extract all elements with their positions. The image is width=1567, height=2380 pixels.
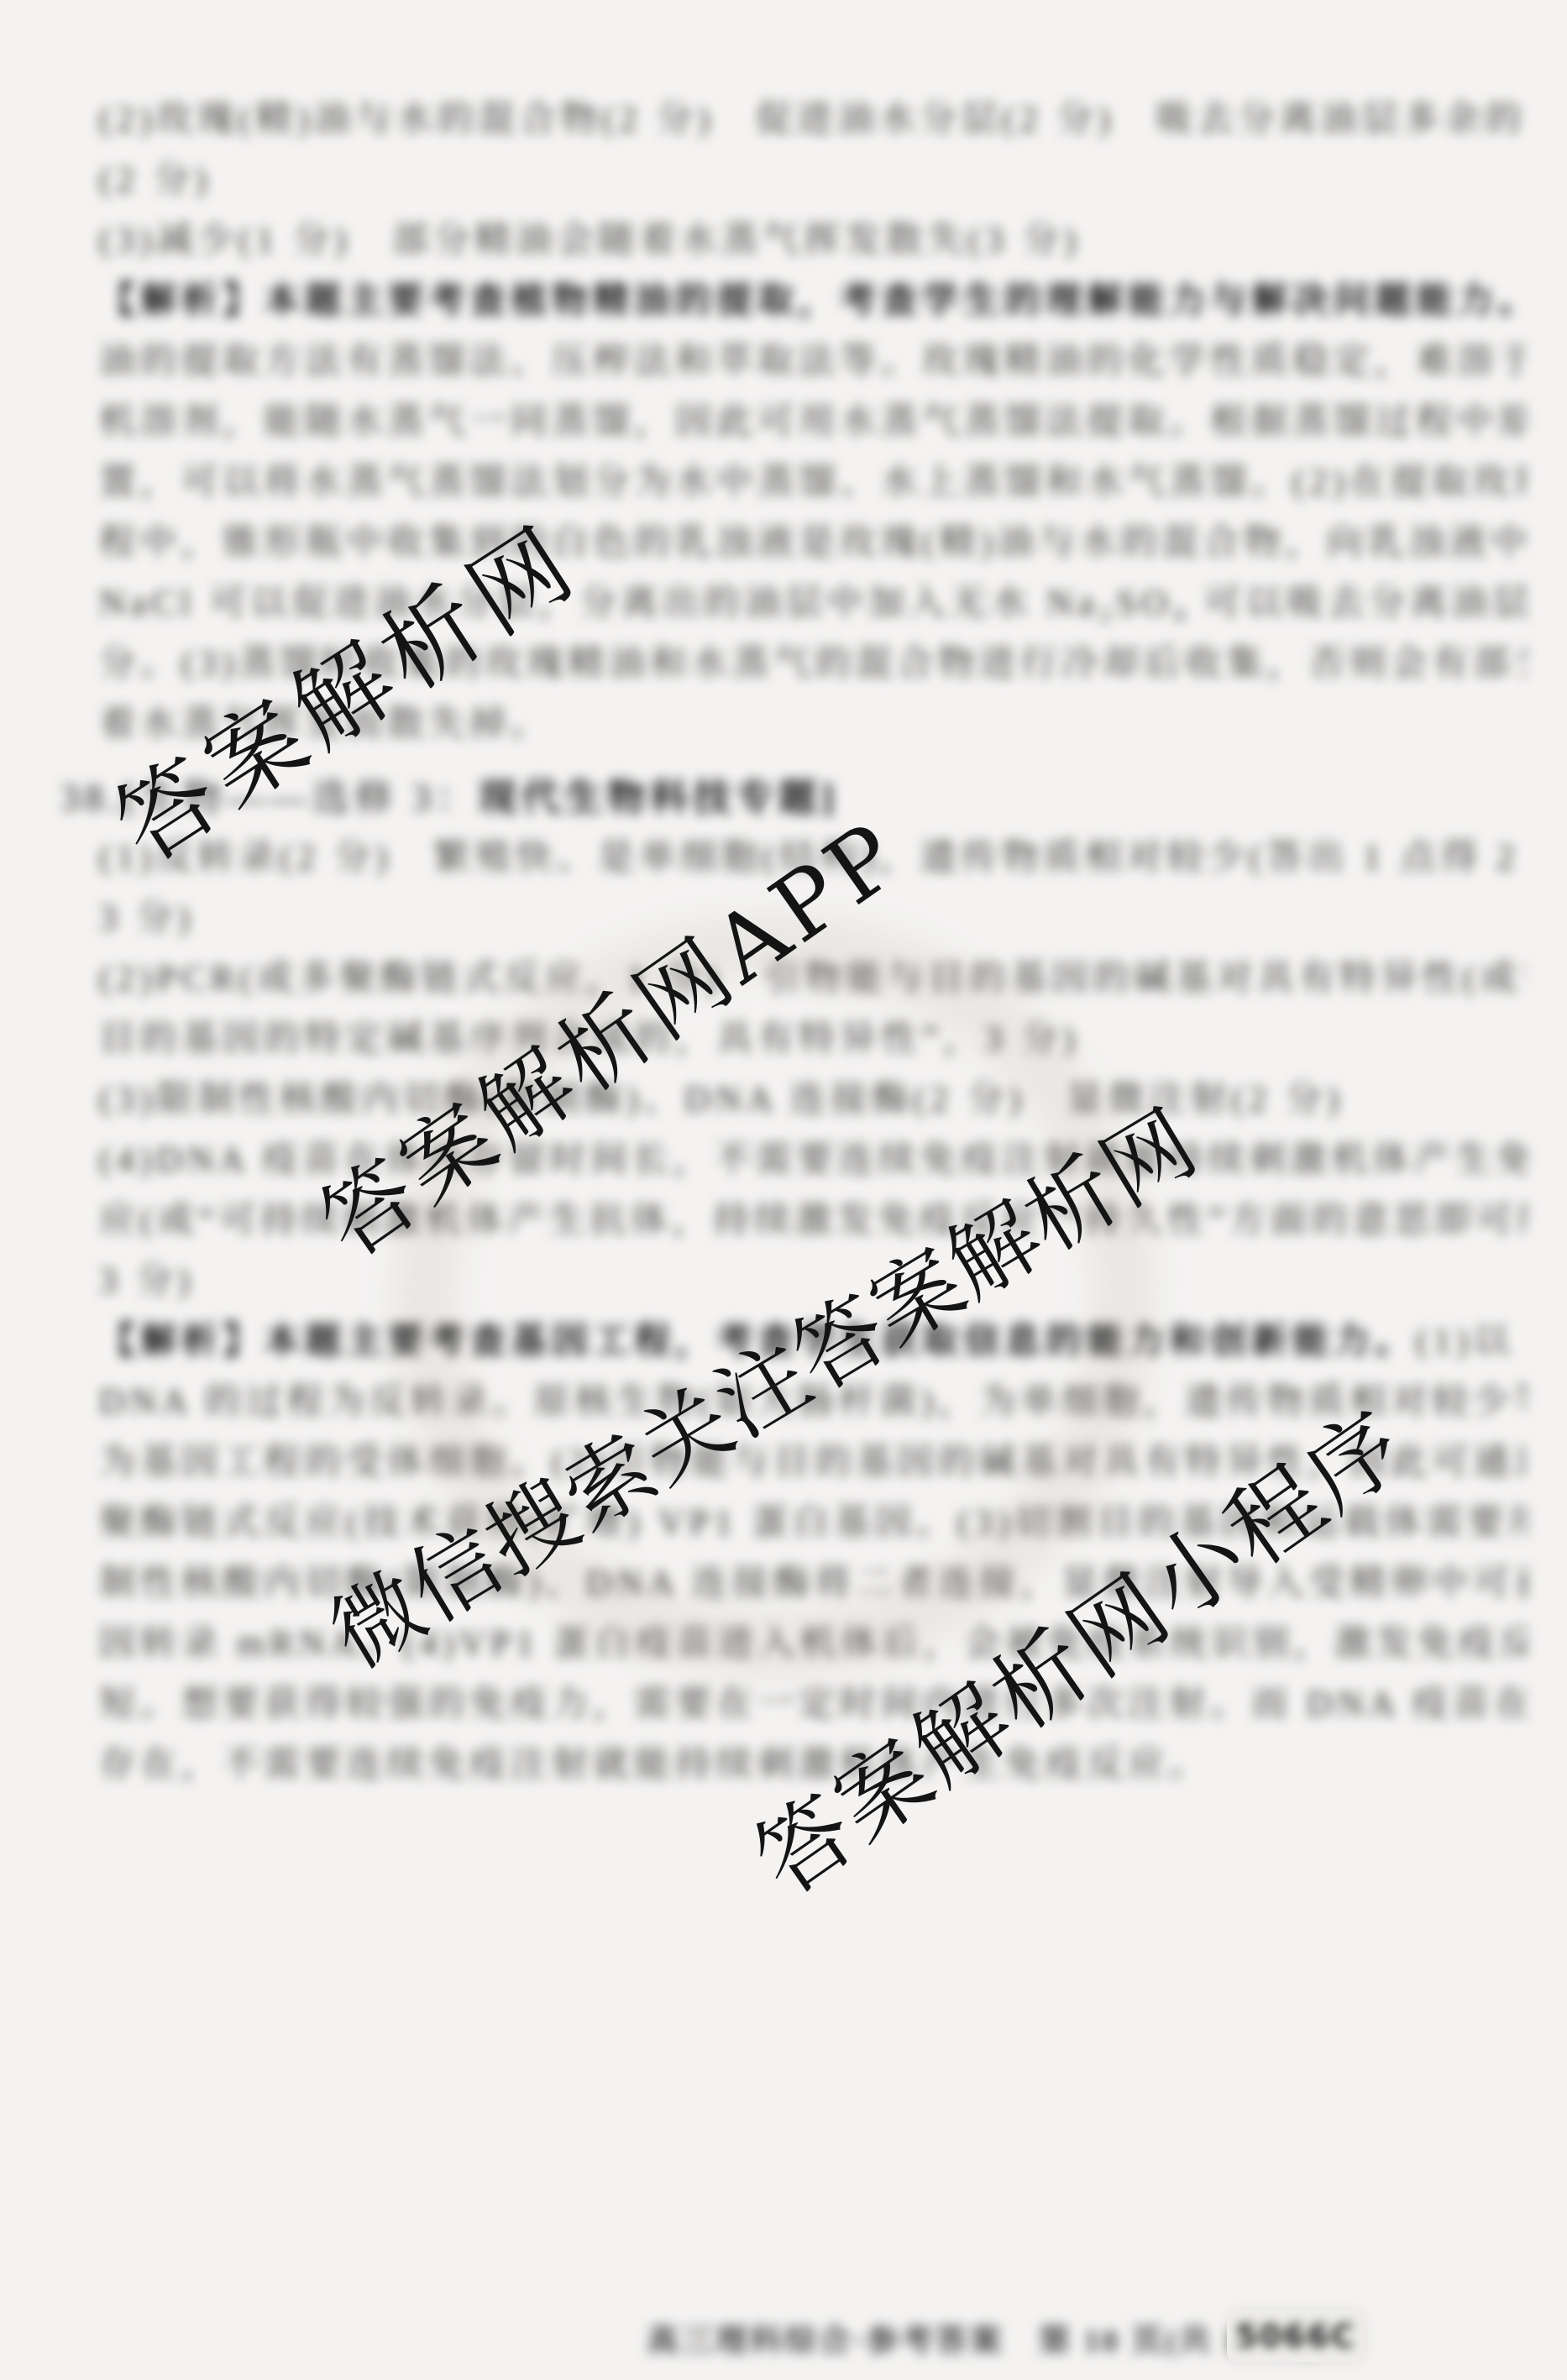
analysis-line: 油的提取方法有蒸馏法、压榨法和萃取法等。玫瑰精油的化学性质稳定，难溶于水，易溶于… (99, 332, 1527, 392)
blurred-document-layer: (2)玫瑰(精)油与水的混合物(2 分) 促进油水分层(2 分) 吸去分离油层多… (0, 0, 1567, 2380)
answer-line-text: (2)玫瑰(精)油与水的混合物(2 分) 促进油水分层(2 分) 吸去分离油层多… (99, 100, 1527, 139)
exam-answer-page: (2)玫瑰(精)油与水的混合物(2 分) 促进油水分层(2 分) 吸去分离油层多… (0, 0, 1567, 2380)
exam-code-text: 5066C (1227, 2310, 1365, 2362)
exam-code-badge: 5066C (1227, 2310, 1365, 2362)
answer-line: (3)限制性核酸内切酶(限制酶)、DNA 连接酶(2 分) 显微注射(2 分) (99, 1070, 1527, 1130)
answer-line: (3)减少(1 分) 部分精油会随着水蒸气挥发散失(3 分) (99, 211, 1527, 271)
analysis-line: 程中，锥形瓶中收集到的白色的乳浊液是玫瑰(精)油与水的混合物，向乳浊液中加入 (99, 513, 1527, 574)
analysis-line: 短。想要获得较强的免疫力，需要在一定时间内进行多次注射。而 DNA 疫苗在体内可… (99, 1675, 1527, 1735)
analysis-line: 置，可以将水蒸气蒸馏法划分为水中蒸馏、水上蒸馏和水气蒸馏。(2)在提取玫瑰精油的… (99, 453, 1527, 513)
answer-line: (2 分) (99, 150, 1527, 211)
answer-line: (2)玫瑰(精)油与水的混合物(2 分) 促进油水分层(2 分) 吸去分离油层多… (99, 90, 1527, 150)
answer-line: 目的基因的特定碱基序列合成的，具有特异性”，3 分) (99, 1009, 1527, 1070)
analysis-line: 因转录 mRNA。(4)VP1 蛋白疫苗进入机体后，会被免疫系统识别，激发免疫反… (99, 1614, 1527, 1675)
analysis-line: 机溶剂，能随水蒸气一同蒸馏，因此可用水蒸气蒸馏法提取。根据蒸馏过程中原料放置的位 (99, 392, 1527, 453)
page-footer-title: 高三理科综合·参考答案 第 10 页(共 10 页) (647, 2316, 1318, 2367)
section-title-bold: 现代生物科技专题] (479, 777, 839, 819)
analysis-line: 【解析】本题主要考查植物精油的提取，考查学生的理解能力与解决问题能力。(1)植物… (99, 271, 1527, 332)
